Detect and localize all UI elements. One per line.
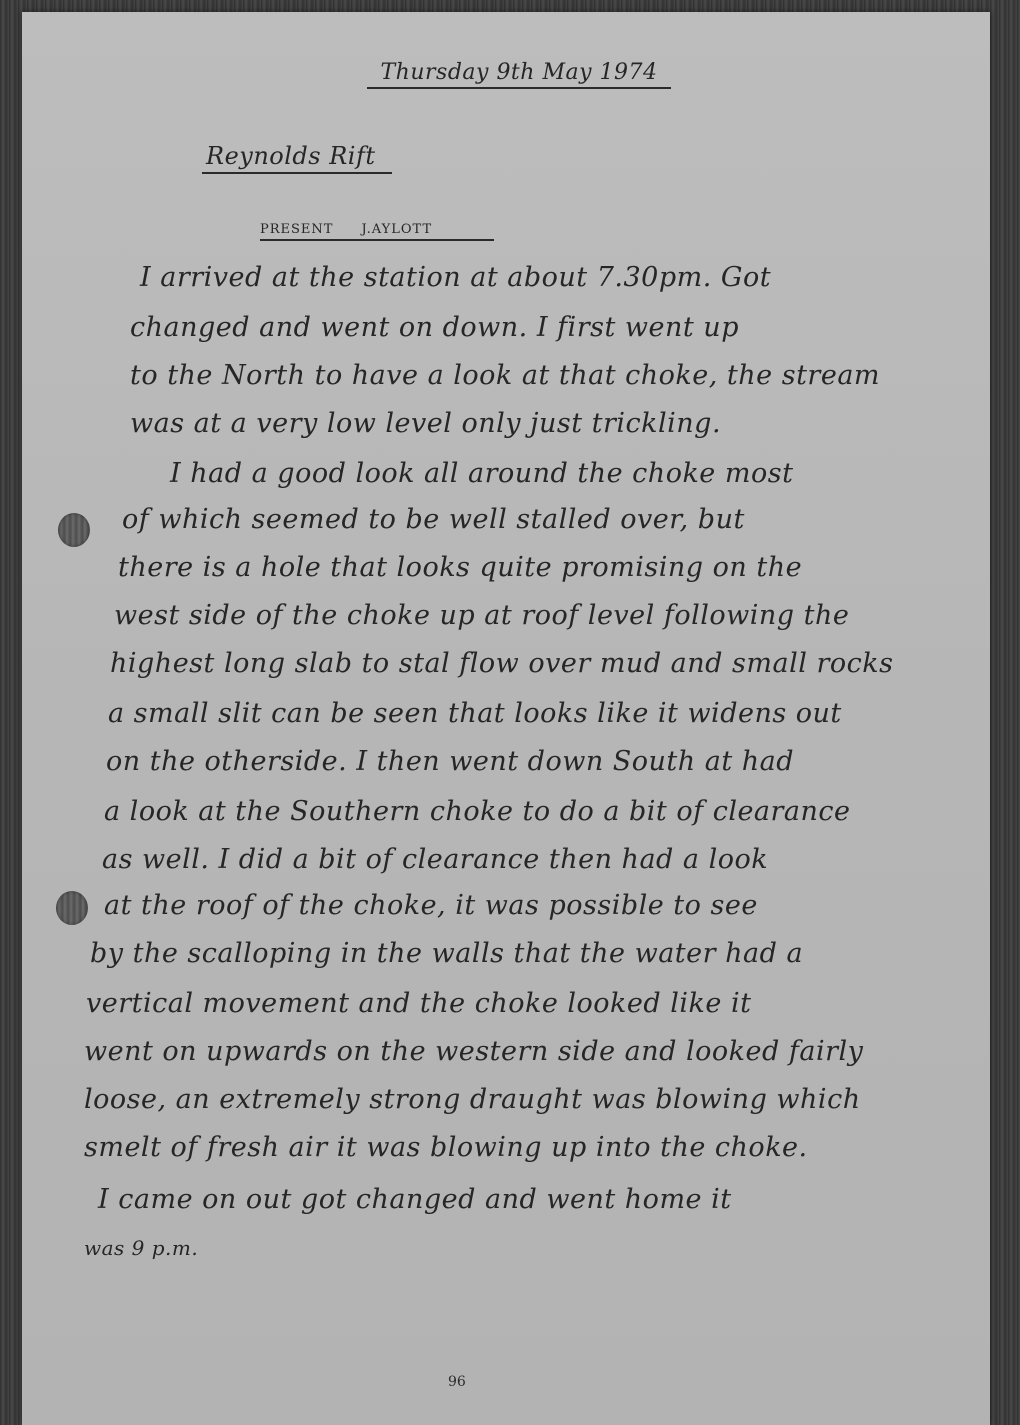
log-line: I arrived at the station at about 7.30pm… bbox=[140, 262, 771, 293]
log-line: smelt of fresh air it was blowing up int… bbox=[84, 1132, 808, 1163]
log-line: highest long slab to stal flow over mud … bbox=[110, 648, 893, 679]
log-line: was 9 p.m. bbox=[84, 1236, 198, 1260]
log-line: of which seemed to be well stalled over,… bbox=[122, 504, 745, 535]
log-line: went on upwards on the western side and … bbox=[84, 1036, 863, 1067]
present-label: PRESENT bbox=[260, 222, 333, 237]
log-line: I came on out got changed and went home … bbox=[98, 1184, 732, 1215]
log-line: changed and went on down. I first went u… bbox=[130, 312, 739, 343]
log-line: a small slit can be seen that looks like… bbox=[108, 698, 842, 729]
log-line: on the otherside. I then went down South… bbox=[106, 746, 794, 777]
log-line: I had a good look all around the choke m… bbox=[170, 458, 793, 489]
page-number: 96 bbox=[448, 1374, 466, 1390]
punch-hole bbox=[56, 891, 88, 925]
log-line: at the roof of the choke, it was possibl… bbox=[104, 890, 758, 921]
log-line: to the North to have a look at that chok… bbox=[130, 360, 880, 391]
log-line: there is a hole that looks quite promisi… bbox=[118, 552, 802, 583]
log-line: west side of the choke up at roof level … bbox=[114, 600, 849, 631]
log-line: a look at the Southern choke to do a bit… bbox=[104, 796, 851, 827]
entry-date: Thursday 9th May 1974 bbox=[367, 60, 671, 89]
log-line: was at a very low level only just trickl… bbox=[130, 408, 721, 439]
notebook-page: Thursday 9th May 1974 Reynolds Rift PRES… bbox=[22, 12, 990, 1425]
cave-location-heading: Reynolds Rift bbox=[202, 142, 392, 174]
present-line: PRESENTJ.AYLOTT bbox=[260, 222, 494, 241]
log-line: vertical movement and the choke looked l… bbox=[86, 988, 751, 1019]
present-names: J.AYLOTT bbox=[361, 222, 432, 237]
log-line: as well. I did a bit of clearance then h… bbox=[102, 844, 768, 875]
log-line: loose, an extremely strong draught was b… bbox=[84, 1084, 861, 1115]
log-line: by the scalloping in the walls that the … bbox=[90, 938, 803, 969]
punch-hole bbox=[58, 513, 90, 547]
